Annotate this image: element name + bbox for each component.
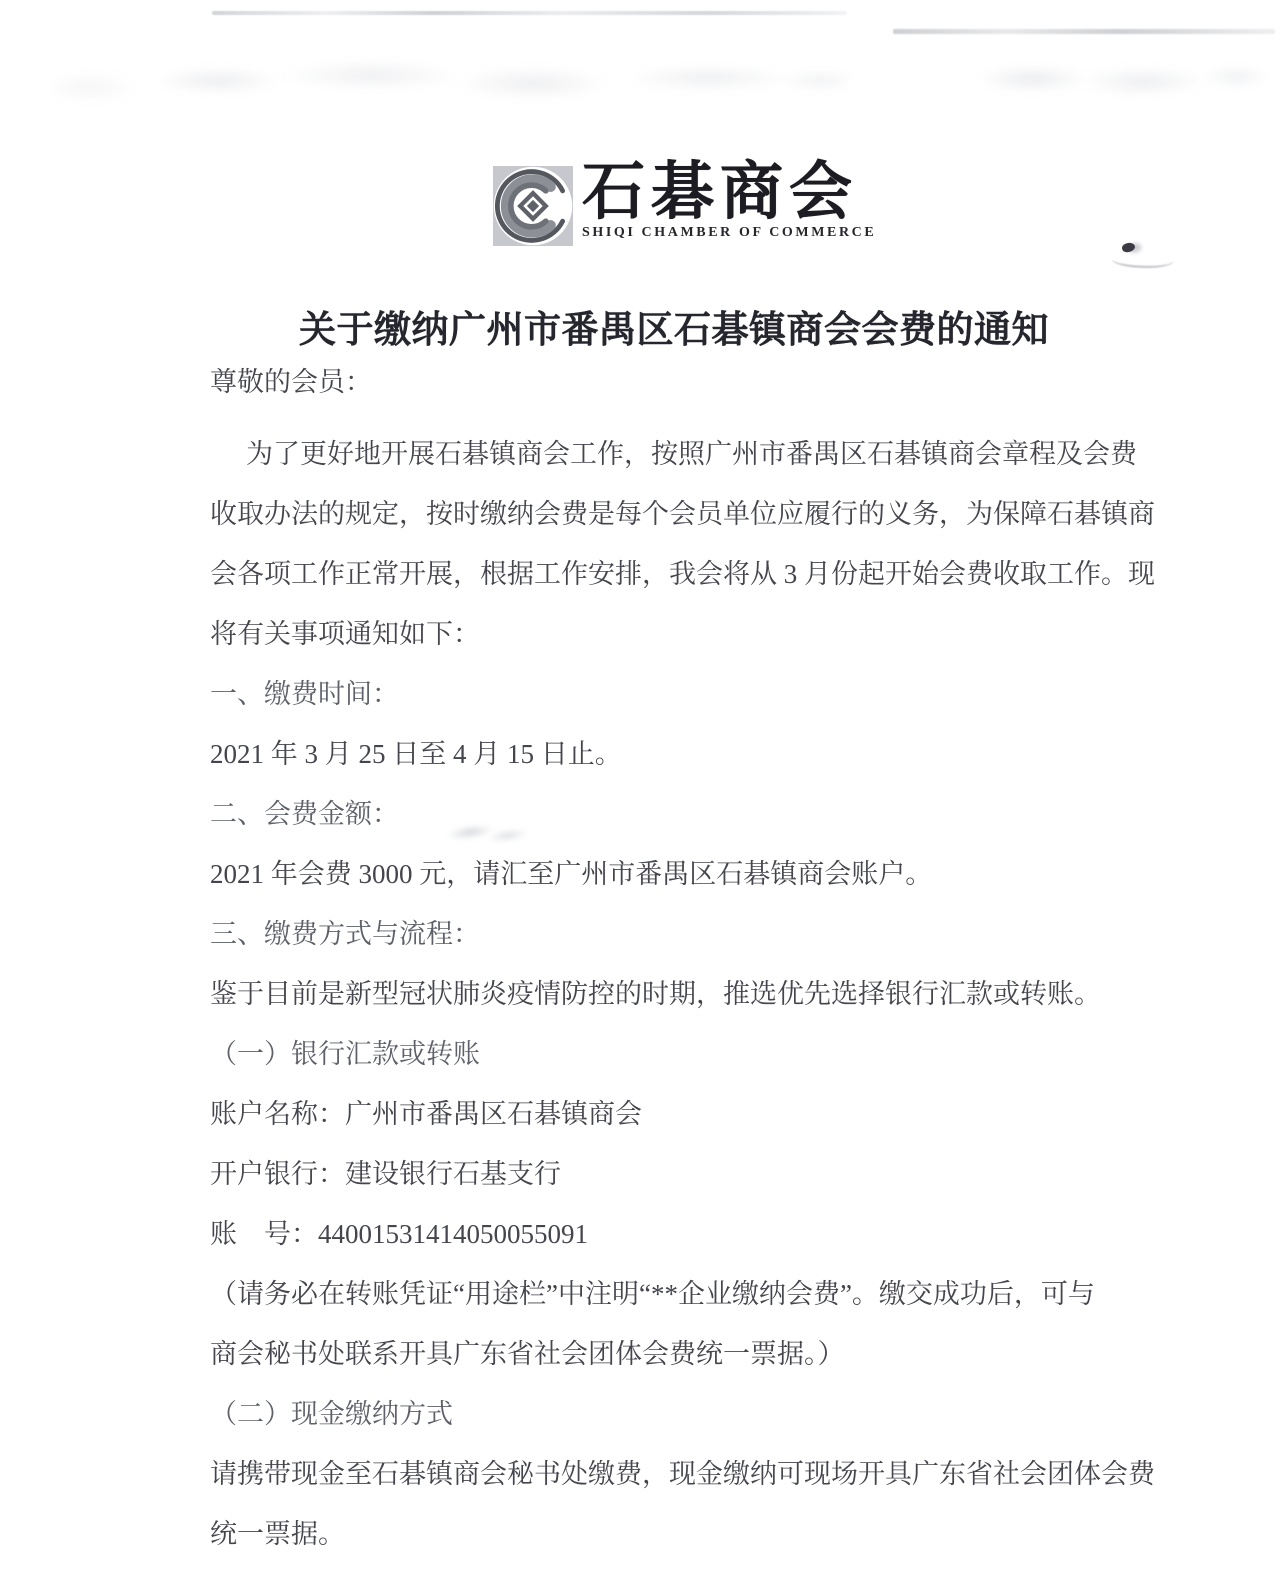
letterhead-text: 石碁商会 SHIQI CHAMBER OF COMMERCE — [582, 160, 876, 241]
body-line: 为了更好地开展石碁镇商会工作，按照广州市番禺区石碁镇商会章程及会费 — [210, 424, 1140, 484]
scan-smudge-faint — [30, 60, 180, 115]
body-line: 会各项工作正常开展，根据工作安排，我会将从 3 月份起开始会费收取工作。现 — [210, 544, 1140, 604]
org-name-en: SHIQI CHAMBER OF COMMERCE — [582, 225, 876, 241]
account-name-line: 账户名称：广州市番禺区石碁镇商会 — [210, 1084, 1140, 1144]
letterhead: 石碁商会 SHIQI CHAMBER OF COMMERCE — [492, 160, 876, 246]
body-line: 统一票据。 — [210, 1504, 1140, 1564]
scan-smudge-band-left — [148, 52, 848, 104]
body-line: （请务必在转账凭证“用途栏”中注明“**企业缴纳会费”。缴交成功后，可与 — [210, 1264, 1140, 1324]
section-heading-line: 三、缴费方式与流程： — [210, 904, 1140, 964]
coin-swirl-logo-icon — [492, 166, 574, 246]
notice-body: 尊敬的会员： 为了更好地开展石碁镇商会工作，按照广州市番禺区石碁镇商会章程及会费… — [210, 352, 1140, 1564]
notice-title: 关于缴纳广州市番禺区石碁镇商会会费的通知 — [210, 299, 1138, 353]
body-line: 将有关事项通知如下： — [210, 604, 1140, 664]
body-line: 请携带现金至石碁镇商会秘书处缴费，现金缴纳可现场开具广东省社会团体会费 — [210, 1444, 1140, 1504]
body-line: 2021 年会费 3000 元，请汇至广州市番禺区石碁镇商会账户。 — [210, 844, 1140, 904]
scan-streak-top-left — [212, 11, 847, 15]
ink-squiggle — [1112, 250, 1175, 270]
subsection-heading-line: （二）现金缴纳方式 — [210, 1384, 1140, 1444]
scan-streak-top-right — [893, 29, 1275, 34]
section-heading-line: 二、会费金额： — [210, 784, 1140, 844]
subsection-heading-line: （一）银行汇款或转账 — [210, 1024, 1140, 1084]
body-line: 鉴于目前是新型冠状肺炎疫情防控的时期，推选优先选择银行汇款或转账。 — [210, 964, 1140, 1024]
scan-smudge-band-right — [975, 55, 1265, 103]
account-number-line: 账 号：44001531414050055091 — [210, 1204, 1140, 1264]
body-line: 2021 年 3 月 25 日至 4 月 15 日止。 — [210, 724, 1140, 784]
bank-line: 开户银行：建设银行石基支行 — [210, 1144, 1140, 1204]
ink-speck — [1121, 241, 1136, 253]
salutation-line: 尊敬的会员： — [210, 352, 1140, 412]
body-line: 收取办法的规定，按时缴纳会费是每个会员单位应履行的义务，为保障石碁镇商 — [210, 484, 1140, 544]
scanned-notice-page: 石碁商会 SHIQI CHAMBER OF COMMERCE 关于缴纳广州市番禺… — [0, 0, 1280, 1579]
body-line: 商会秘书处联系开具广东省社会团体会费统一票据。） — [210, 1324, 1140, 1384]
section-heading-line: 一、缴费时间： — [210, 664, 1140, 724]
org-name-cn: 石碁商会 — [582, 160, 876, 224]
